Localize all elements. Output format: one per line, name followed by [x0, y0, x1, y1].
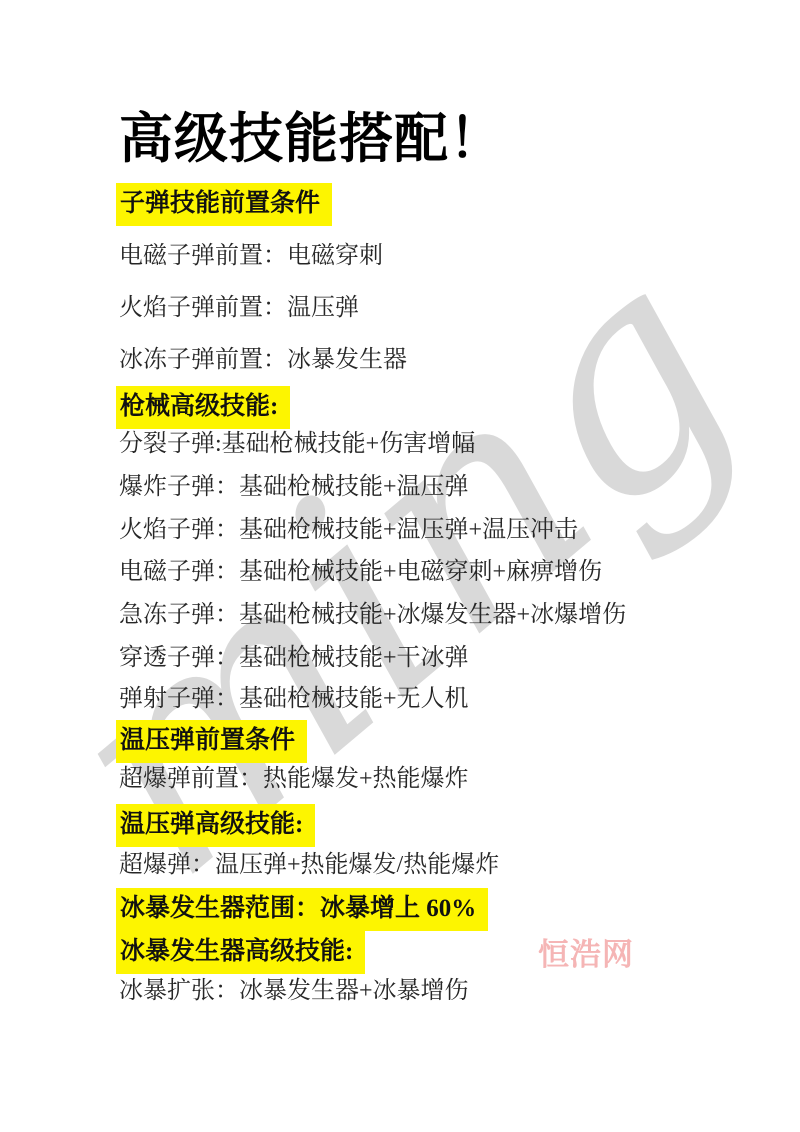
- document-page: ming 高级技能搭配！ 子弹技能前置条件 电磁子弹前置：电磁穿刺 火焰子弹前置…: [0, 0, 800, 1132]
- skill-text: 穿透子弹：基础枪械技能+干冰弹: [116, 645, 469, 671]
- skill-line: 电磁子弹前置：电磁穿刺: [116, 241, 383, 271]
- skill-text: 电磁子弹：基础枪械技能+电磁穿刺+麻痹增伤: [116, 559, 602, 585]
- highlighted-text: 枪械高级技能:: [116, 386, 290, 429]
- skill-text: 弹射子弹：基础枪械技能+无人机: [116, 686, 469, 712]
- skill-text: 分裂子弹:基础枪械技能+伤害增幅: [116, 431, 475, 457]
- skill-line: 超爆弹前置：热能爆发+热能爆炸: [116, 764, 469, 794]
- skill-text: 火焰子弹前置：温压弹: [116, 295, 359, 321]
- skill-line: 急冻子弹：基础枪械技能+冰爆发生器+冰爆增伤: [116, 600, 626, 630]
- section-header-thermobaric-advanced: 温压弹高级技能:: [116, 804, 315, 847]
- section-header-icestorm-advanced: 冰暴发生器高级技能:: [116, 931, 365, 974]
- skill-line: 冰暴扩张：冰暴发生器+冰暴增伤: [116, 976, 469, 1006]
- skill-text: 超爆弹前置：热能爆发+热能爆炸: [116, 766, 469, 792]
- skill-line: 弹射子弹：基础枪械技能+无人机: [116, 684, 469, 714]
- skill-text: 超爆弹：温压弹+热能爆发/热能爆炸: [116, 852, 499, 878]
- section-header-bullet-prereq: 子弹技能前置条件: [116, 183, 332, 226]
- skill-text: 冰冻子弹前置：冰暴发生器: [116, 347, 407, 373]
- skill-line: 超爆弹：温压弹+热能爆发/热能爆炸: [116, 850, 499, 880]
- skill-text: 爆炸子弹：基础枪械技能+温压弹: [116, 474, 469, 500]
- highlighted-text: 温压弹前置条件: [116, 720, 307, 763]
- skill-line: 冰冻子弹前置：冰暴发生器: [116, 345, 407, 375]
- skill-text: 冰暴扩张：冰暴发生器+冰暴增伤: [116, 978, 469, 1004]
- skill-line: 穿透子弹：基础枪械技能+干冰弹: [116, 643, 469, 673]
- section-header-gun-advanced: 枪械高级技能:: [116, 386, 290, 429]
- skill-text: 急冻子弹：基础枪械技能+冰爆发生器+冰爆增伤: [116, 602, 626, 628]
- highlighted-text: 冰暴发生器范围：冰暴增上 60%: [116, 888, 488, 931]
- highlighted-text: 温压弹高级技能:: [116, 804, 315, 847]
- section-header-icestorm-range: 冰暴发生器范围：冰暴增上 60%: [116, 888, 488, 931]
- skill-line: 火焰子弹：基础枪械技能+温压弹+温压冲击: [116, 515, 578, 545]
- skill-line: 火焰子弹前置：温压弹: [116, 293, 359, 323]
- skill-line: 电磁子弹：基础枪械技能+电磁穿刺+麻痹增伤: [116, 557, 602, 587]
- section-header-thermobaric-prereq: 温压弹前置条件: [116, 720, 307, 763]
- highlighted-text: 子弹技能前置条件: [116, 183, 332, 226]
- page-title: 高级技能搭配！: [119, 96, 504, 173]
- skill-text: 火焰子弹：基础枪械技能+温压弹+温压冲击: [116, 517, 578, 543]
- highlighted-text: 冰暴发生器高级技能:: [116, 931, 365, 974]
- skill-line: 爆炸子弹：基础枪械技能+温压弹: [116, 472, 469, 502]
- brand-watermark-text: 恒浩网: [538, 929, 634, 974]
- skill-line: 分裂子弹:基础枪械技能+伤害增幅: [116, 429, 475, 459]
- skill-text: 电磁子弹前置：电磁穿刺: [116, 243, 383, 269]
